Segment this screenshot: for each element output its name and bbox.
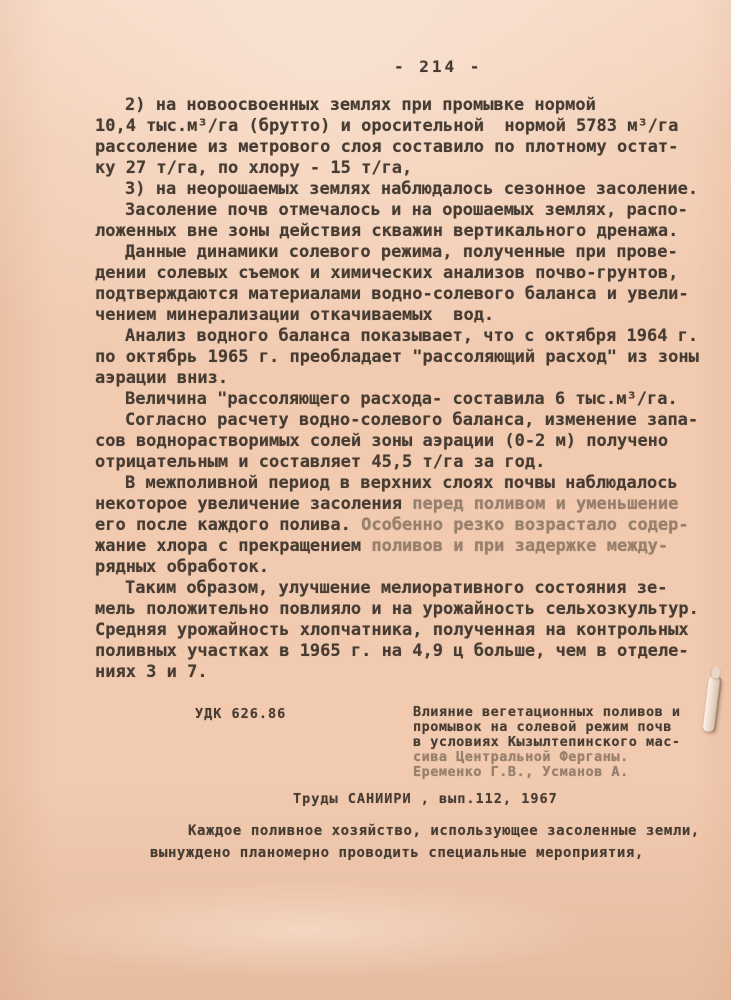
text-segment: ложенных вне зоны действия скважин верти… [95, 221, 678, 241]
text-line: В межполивной период в верхних слоях поч… [95, 473, 720, 494]
text-segment: Данные динамики солевого режима, получен… [125, 242, 678, 262]
text-segment: перед поливом и уменьшение [412, 494, 678, 514]
text-line: Засоление почв отмечалось и на орошаемых… [95, 200, 720, 221]
text-segment: поливных участках в 1965 г. на 4,9 ц бол… [95, 641, 689, 661]
text-segment: Еременко Г.В., Усманов А. [413, 764, 629, 780]
body-text: 2) на новоосвоенных землях при промывке … [95, 95, 720, 683]
text-segment: вынуждено планомерно проводить специальн… [150, 845, 644, 861]
text-segment: 2) на новоосвоенных землях при промывке … [125, 95, 596, 115]
footer-paragraph: Каждое поливное хозяйство, использующее … [150, 820, 720, 864]
text-segment: 3) на неорошаемых землях наблюдалось сез… [125, 179, 698, 199]
text-line: ниях 3 и 7. [95, 662, 720, 683]
text-line: сива Центральной Ферганы. [413, 750, 713, 765]
text-segment: жание хлора с прекращением [95, 536, 371, 556]
text-segment: поливов и при задержке между- [371, 536, 668, 556]
text-segment: аэрации вниз. [95, 368, 228, 388]
text-segment: Таким образом, улучшение мелиоративного … [125, 578, 667, 598]
text-line: Таким образом, улучшение мелиоративного … [95, 578, 720, 599]
text-segment: ниях 3 и 7. [95, 662, 208, 682]
text-line: ложенных вне зоны действия скважин верти… [95, 221, 720, 242]
text-segment: Особенно резко возрастало содер- [361, 515, 689, 535]
text-line: вынуждено планомерно проводить специальн… [150, 842, 720, 864]
page-number: - 214 - [394, 57, 482, 76]
text-segment: Засоление почв отмечалось и на орошаемых… [125, 200, 688, 220]
text-line: Каждое поливное хозяйство, использующее … [150, 820, 720, 842]
text-segment: Средняя урожайность хлопчатника, получен… [95, 620, 689, 640]
text-segment: в условиях Кызылтепинского мас- [413, 734, 680, 750]
text-line: чением минерализации откачиваемых вод. [95, 305, 720, 326]
text-line: промывок на солевой режим почв [413, 720, 713, 735]
text-line: ку 27 т/га, по хлору - 15 т/га, [95, 158, 720, 179]
text-line: подтверждаются материалами водно-солевог… [95, 284, 720, 305]
text-line: сов воднорастворимых солей зоны аэрации … [95, 431, 720, 452]
text-line: Согласно расчету водно-солевого баланса,… [95, 410, 720, 431]
text-segment: отрицательным и составляет 45,5 т/га за … [95, 452, 545, 472]
text-line: Анализ водного баланса показывает, что с… [95, 326, 720, 347]
text-segment: Каждое поливное хозяйство, использующее … [188, 823, 700, 839]
text-line: жание хлора с прекращением поливов и при… [95, 536, 720, 557]
text-line: в условиях Кызылтепинского мас- [413, 735, 713, 750]
text-line: дении солевых съемок и химических анализ… [95, 263, 720, 284]
text-line: рядных обработок. [95, 557, 720, 578]
text-segment: 10,4 тыс.м³/га (брутто) и оросительной н… [95, 116, 678, 136]
text-segment: сива Центральной Ферганы. [413, 749, 629, 765]
text-line: аэрации вниз. [95, 368, 720, 389]
paper-tab-artifact [703, 675, 723, 732]
citation-source: Труды САНИИРИ , вып.112, 1967 [293, 791, 558, 807]
text-segment: Влияние вегетационных поливов и [413, 704, 680, 720]
text-segment: промывок на солевой режим почв [413, 719, 672, 735]
citation-reference: Влияние вегетационных поливов ипромывок … [413, 705, 713, 780]
text-line: некоторое увеличение засоления перед пол… [95, 494, 720, 515]
text-line: Еременко Г.В., Усманов А. [413, 765, 713, 780]
text-segment: рядных обработок. [95, 557, 269, 577]
text-segment: Согласно расчету водно-солевого баланса,… [125, 410, 698, 430]
text-segment: подтверждаются материалами водно-солевог… [95, 284, 689, 304]
text-segment: Величина "рассоляющего расхода- составил… [125, 389, 678, 409]
text-segment: сов воднорастворимых солей зоны аэрации … [95, 431, 668, 451]
text-segment: Анализ водного баланса показывает, что с… [125, 326, 698, 346]
text-line: поливных участках в 1965 г. на 4,9 ц бол… [95, 641, 720, 662]
scanned-page: - 214 - 2) на новоосвоенных землях при п… [0, 0, 731, 1000]
text-segment: В межполивной период в верхних слоях поч… [125, 473, 678, 493]
text-line: Средняя урожайность хлопчатника, получен… [95, 620, 720, 641]
text-line: рассоление из метрового слоя составило п… [95, 137, 720, 158]
text-segment: мель положительно повлияло и на урожайно… [95, 599, 699, 619]
text-line: 3) на неорошаемых землях наблюдалось сез… [95, 179, 720, 200]
text-segment: по октябрь 1965 г. преобладает "рассоляю… [95, 347, 699, 367]
text-line: Влияние вегетационных поливов и [413, 705, 713, 720]
text-line: Данные динамики солевого режима, получен… [95, 242, 720, 263]
text-segment: рассоление из метрового слоя составило п… [95, 137, 678, 157]
text-segment: некоторое увеличение засоления [95, 494, 412, 514]
udk-code: УДК 626.86 [195, 706, 286, 722]
text-line: 10,4 тыс.м³/га (брутто) и оросительной н… [95, 116, 720, 137]
text-line: по октябрь 1965 г. преобладает "рассоляю… [95, 347, 720, 368]
text-segment: ку 27 т/га, по хлору - 15 т/га, [95, 158, 412, 178]
text-line: отрицательным и составляет 45,5 т/га за … [95, 452, 720, 473]
text-line: Величина "рассоляющего расхода- составил… [95, 389, 720, 410]
text-segment: чением минерализации откачиваемых вод. [95, 305, 494, 325]
text-line: мель положительно повлияло и на урожайно… [95, 599, 720, 620]
text-line: 2) на новоосвоенных землях при промывке … [95, 95, 720, 116]
text-segment: дении солевых съемок и химических анализ… [95, 263, 678, 283]
text-segment: его после каждого полива. [95, 515, 361, 535]
text-line: его после каждого полива. Особенно резко… [95, 515, 720, 536]
